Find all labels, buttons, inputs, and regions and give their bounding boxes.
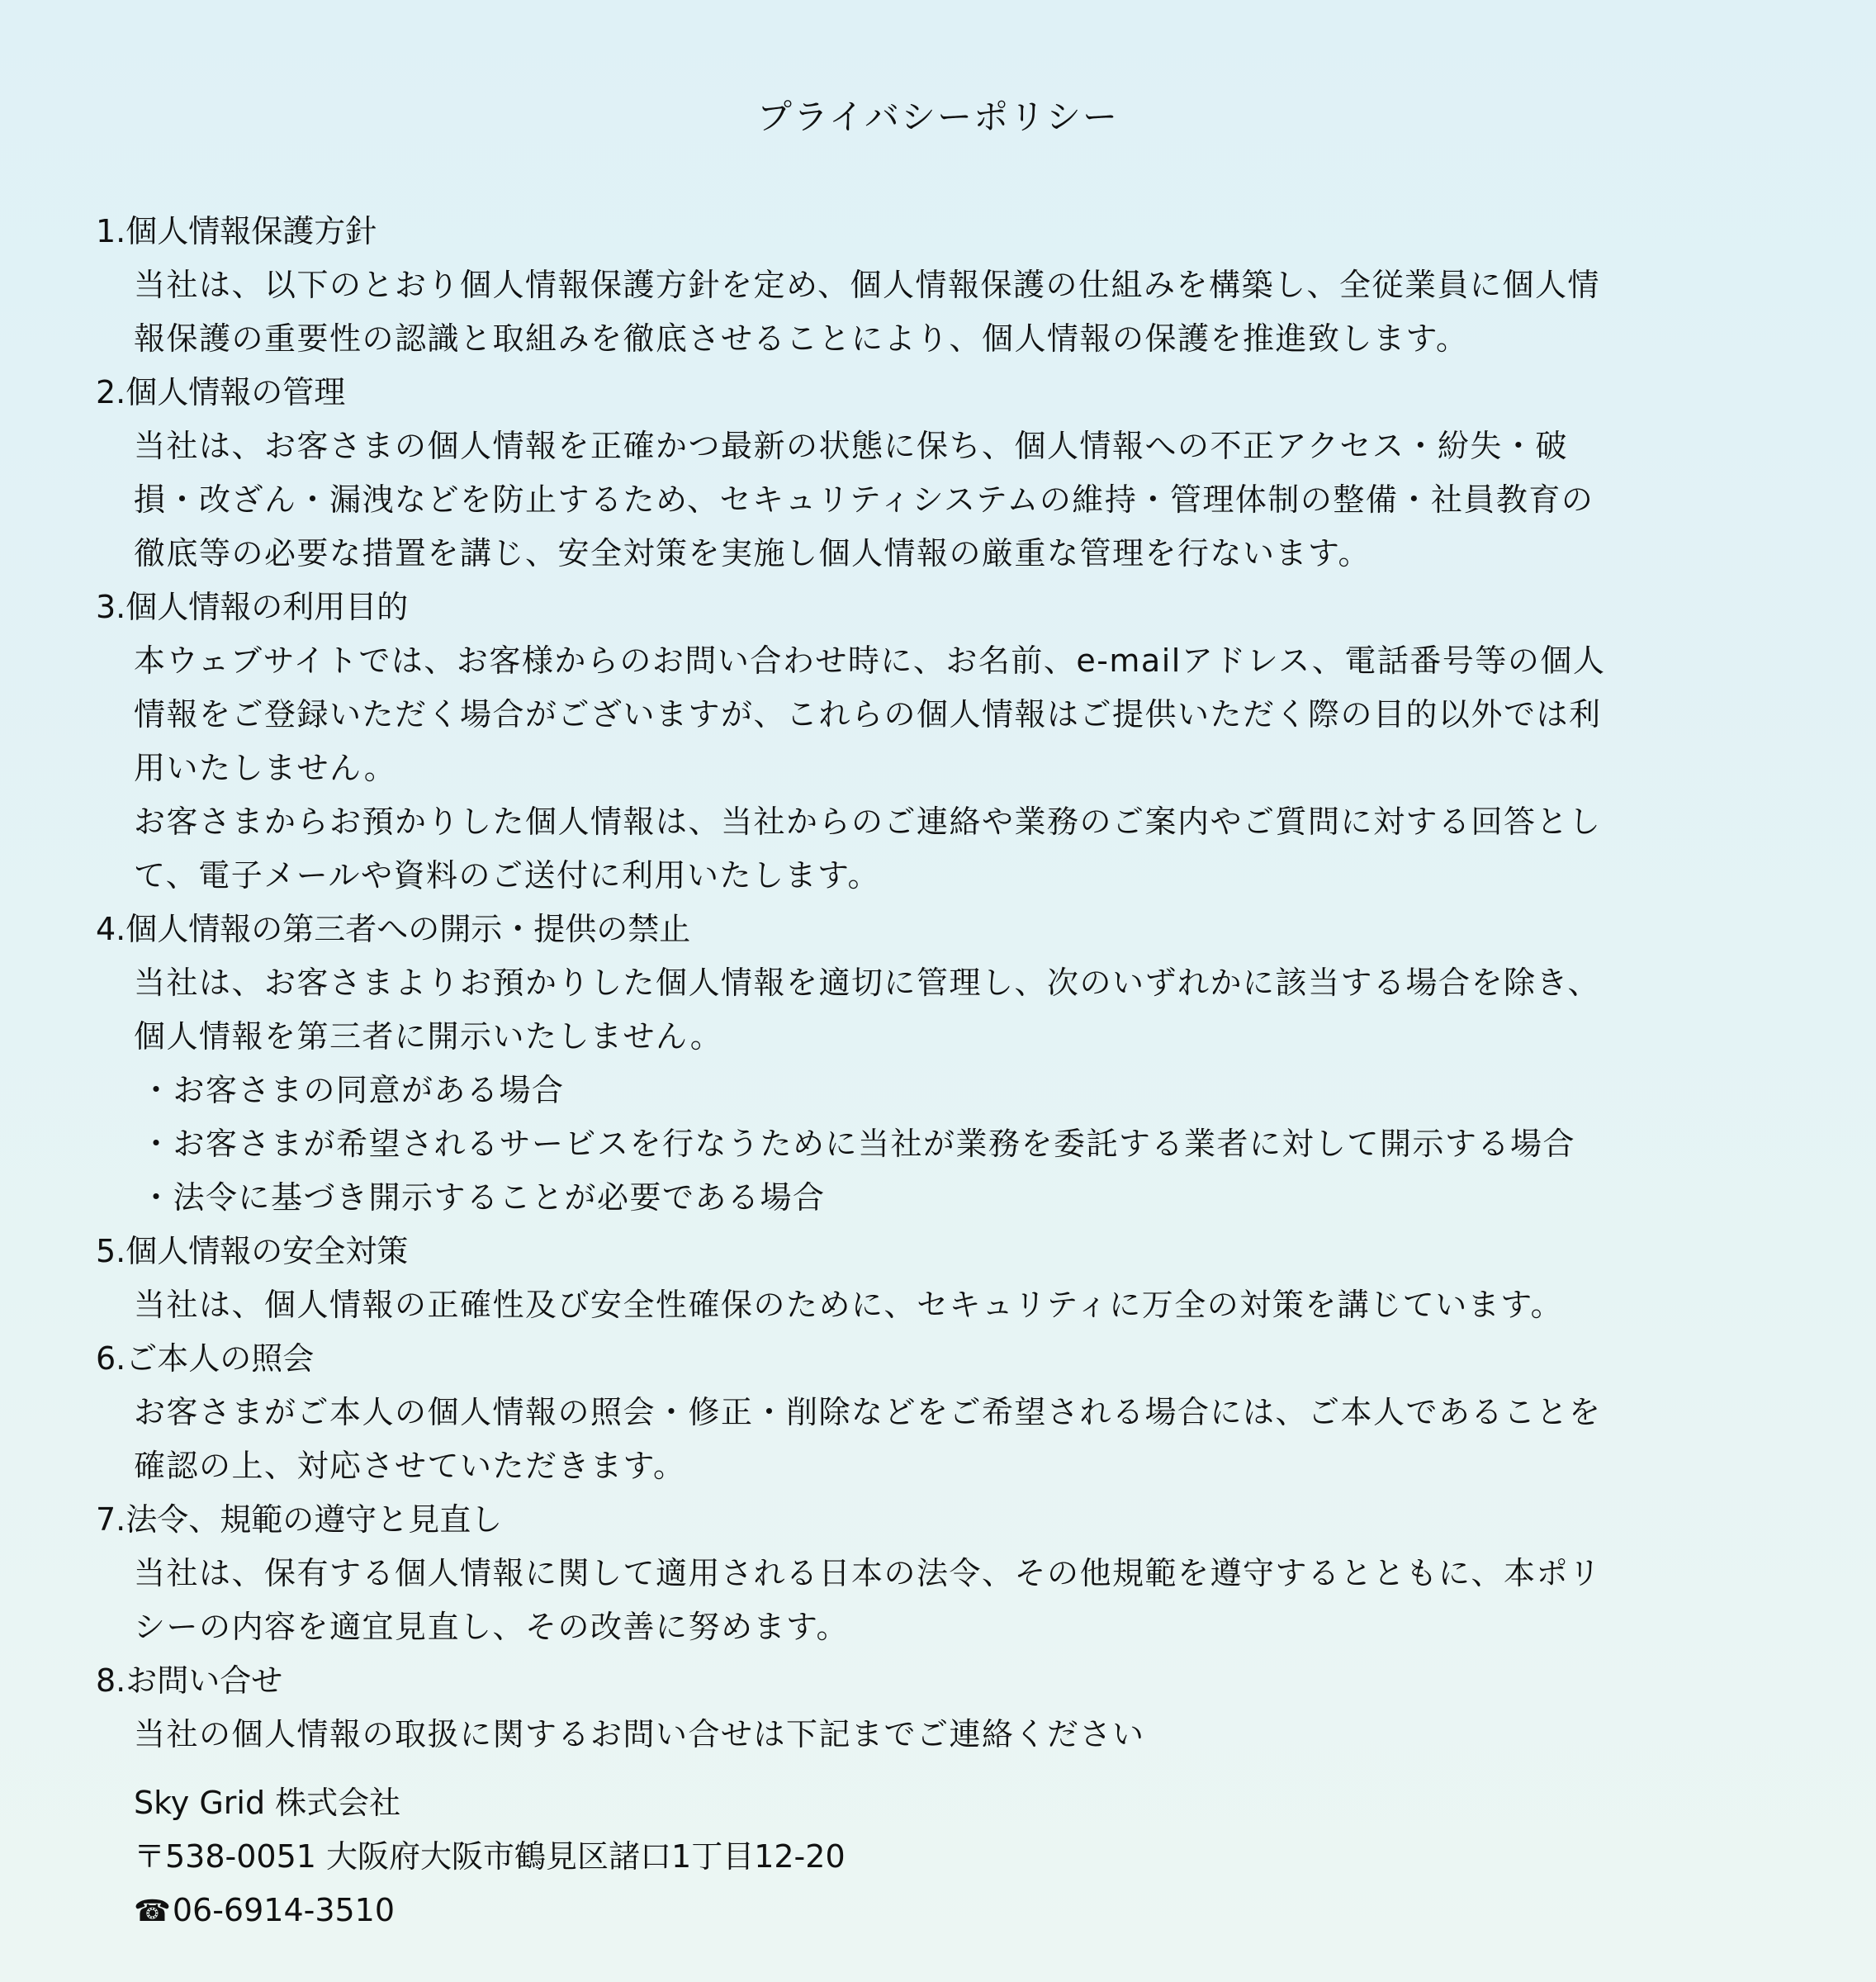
paragraph-line: 当社は、お客さまの個人情報を正確かつ最新の状態に保ち、個人情報への不正アクセス・… — [134, 420, 1764, 473]
paragraph-line: お客さまからお預かりした個人情報は、当社からのご連絡や業務のご案内やご質問に対す… — [134, 795, 1764, 849]
section-1: 1.個人情報保護方針 当社は、以下のとおり個人情報保護方針を定め、個人情報保護の… — [96, 205, 1764, 366]
privacy-policy-page: プライバシーポリシー 1.個人情報保護方針 当社は、以下のとおり個人情報保護方針… — [0, 0, 1876, 1982]
section-heading: 7.法令、規範の遵守と見直し — [96, 1493, 1764, 1547]
phone-icon: ☎ — [134, 1885, 171, 1938]
paragraph-line: 当社は、保有する個人情報に関して適用される日本の法令、その他規範を遵守するととも… — [134, 1547, 1764, 1600]
section-3: 3.個人情報の利用目的 本ウェブサイトでは、お客様からのお問い合わせ時に、お名前… — [96, 581, 1764, 903]
policy-content: 1.個人情報保護方針 当社は、以下のとおり個人情報保護方針を定め、個人情報保護の… — [96, 205, 1764, 1938]
section-heading: 6.ご本人の照会 — [96, 1332, 1764, 1386]
paragraph-line: 確認の上、対応させていただきます。 — [134, 1439, 1764, 1493]
page-title: プライバシーポリシー — [0, 92, 1876, 142]
bullet-item: ・お客さまの同意がある場合 — [140, 1064, 1764, 1117]
section-2: 2.個人情報の管理 当社は、お客さまの個人情報を正確かつ最新の状態に保ち、個人情… — [96, 366, 1764, 581]
section-paragraph: 当社は、お客さまよりお預かりした個人情報を適切に管理し、次のいずれかに該当する場… — [134, 956, 1764, 1064]
bullet-item: ・お客さまが希望されるサービスを行なうために当社が業務を委託する業者に対して開示… — [140, 1117, 1764, 1171]
paragraph-line: 当社は、お客さまよりお預かりした個人情報を適切に管理し、次のいずれかに該当する場… — [134, 956, 1764, 1010]
paragraph-line: 損・改ざん・漏洩などを防止するため、セキュリティシステムの維持・管理体制の整備・… — [134, 473, 1764, 527]
section-paragraph: お客さまがご本人の個人情報の照会・修正・削除などをご希望される場合には、ご本人で… — [134, 1386, 1764, 1493]
paragraph-line: 徹底等の必要な措置を講じ、安全対策を実施し個人情報の厳重な管理を行ないます。 — [134, 527, 1764, 581]
section-heading: 1.個人情報保護方針 — [96, 205, 1764, 258]
section-heading: 5.個人情報の安全対策 — [96, 1225, 1764, 1278]
paragraph-line: 報保護の重要性の認識と取組みを徹底させることにより、個人情報の保護を推進致します… — [134, 312, 1764, 366]
paragraph-line: 当社の個人情報の取扱に関するお問い合せは下記までご連絡ください — [134, 1708, 1764, 1762]
paragraph-line: 当社は、以下のとおり個人情報保護方針を定め、個人情報保護の仕組みを構築し、全従業… — [134, 258, 1764, 312]
phone-number: 06-6914-3510 — [173, 1892, 395, 1928]
section-paragraph: お客さまからお預かりした個人情報は、当社からのご連絡や業務のご案内やご質問に対す… — [134, 795, 1764, 903]
section-paragraph: 当社は、個人情報の正確性及び安全性確保のために、セキュリティに万全の対策を講じて… — [134, 1278, 1764, 1332]
section-7: 7.法令、規範の遵守と見直し 当社は、保有する個人情報に関して適用される日本の法… — [96, 1493, 1764, 1654]
paragraph-line: て、電子メールや資料のご送付に利用いたします。 — [134, 849, 1764, 903]
section-4: 4.個人情報の第三者への開示・提供の禁止 当社は、お客さまよりお預かりした個人情… — [96, 903, 1764, 1225]
section-paragraph: 当社は、保有する個人情報に関して適用される日本の法令、その他規範を遵守するととも… — [134, 1547, 1764, 1654]
section-heading: 2.個人情報の管理 — [96, 366, 1764, 420]
paragraph-line: 用いたしません。 — [134, 742, 1764, 795]
paragraph-line: 当社は、個人情報の正確性及び安全性確保のために、セキュリティに万全の対策を講じて… — [134, 1278, 1764, 1332]
section-heading: 8.お問い合せ — [96, 1654, 1764, 1708]
section-heading: 4.個人情報の第三者への開示・提供の禁止 — [96, 903, 1764, 956]
paragraph-line: 本ウェブサイトでは、お客様からのお問い合わせ時に、お名前、e-mailアドレス、… — [134, 634, 1764, 688]
section-paragraph: 当社は、お客さまの個人情報を正確かつ最新の状態に保ち、個人情報への不正アクセス・… — [134, 420, 1764, 581]
paragraph-line: シーの内容を適宜見直し、その改善に努めます。 — [134, 1600, 1764, 1654]
section-5: 5.個人情報の安全対策 当社は、個人情報の正確性及び安全性確保のために、セキュリ… — [96, 1225, 1764, 1332]
bullet-item: ・法令に基づき開示することが必要である場合 — [140, 1171, 1764, 1225]
phone-line: ☎06-6914-3510 — [134, 1884, 1764, 1938]
paragraph-line: 情報をご登録いただく場合がございますが、これらの個人情報はご提供いただく際の目的… — [134, 688, 1764, 742]
section-6: 6.ご本人の照会 お客さまがご本人の個人情報の照会・修正・削除などをご希望される… — [96, 1332, 1764, 1493]
paragraph-line: お客さまがご本人の個人情報の照会・修正・削除などをご希望される場合には、ご本人で… — [134, 1386, 1764, 1439]
contact-info: Sky Grid 株式会社 〒538-0051 大阪府大阪市鶴見区諸口1丁目12… — [134, 1776, 1764, 1938]
paragraph-line: 個人情報を第三者に開示いたしません。 — [134, 1010, 1764, 1064]
section-heading: 3.個人情報の利用目的 — [96, 581, 1764, 634]
section-paragraph: 当社は、以下のとおり個人情報保護方針を定め、個人情報保護の仕組みを構築し、全従業… — [134, 258, 1764, 366]
section-paragraph: 当社の個人情報の取扱に関するお問い合せは下記までご連絡ください — [134, 1708, 1764, 1762]
section-8: 8.お問い合せ 当社の個人情報の取扱に関するお問い合せは下記までご連絡ください — [96, 1654, 1764, 1762]
section-paragraph: 本ウェブサイトでは、お客様からのお問い合わせ時に、お名前、e-mailアドレス、… — [134, 634, 1764, 795]
postal-address: 〒538-0051 大阪府大阪市鶴見区諸口1丁目12-20 — [134, 1830, 1764, 1884]
company-name: Sky Grid 株式会社 — [134, 1776, 1764, 1830]
